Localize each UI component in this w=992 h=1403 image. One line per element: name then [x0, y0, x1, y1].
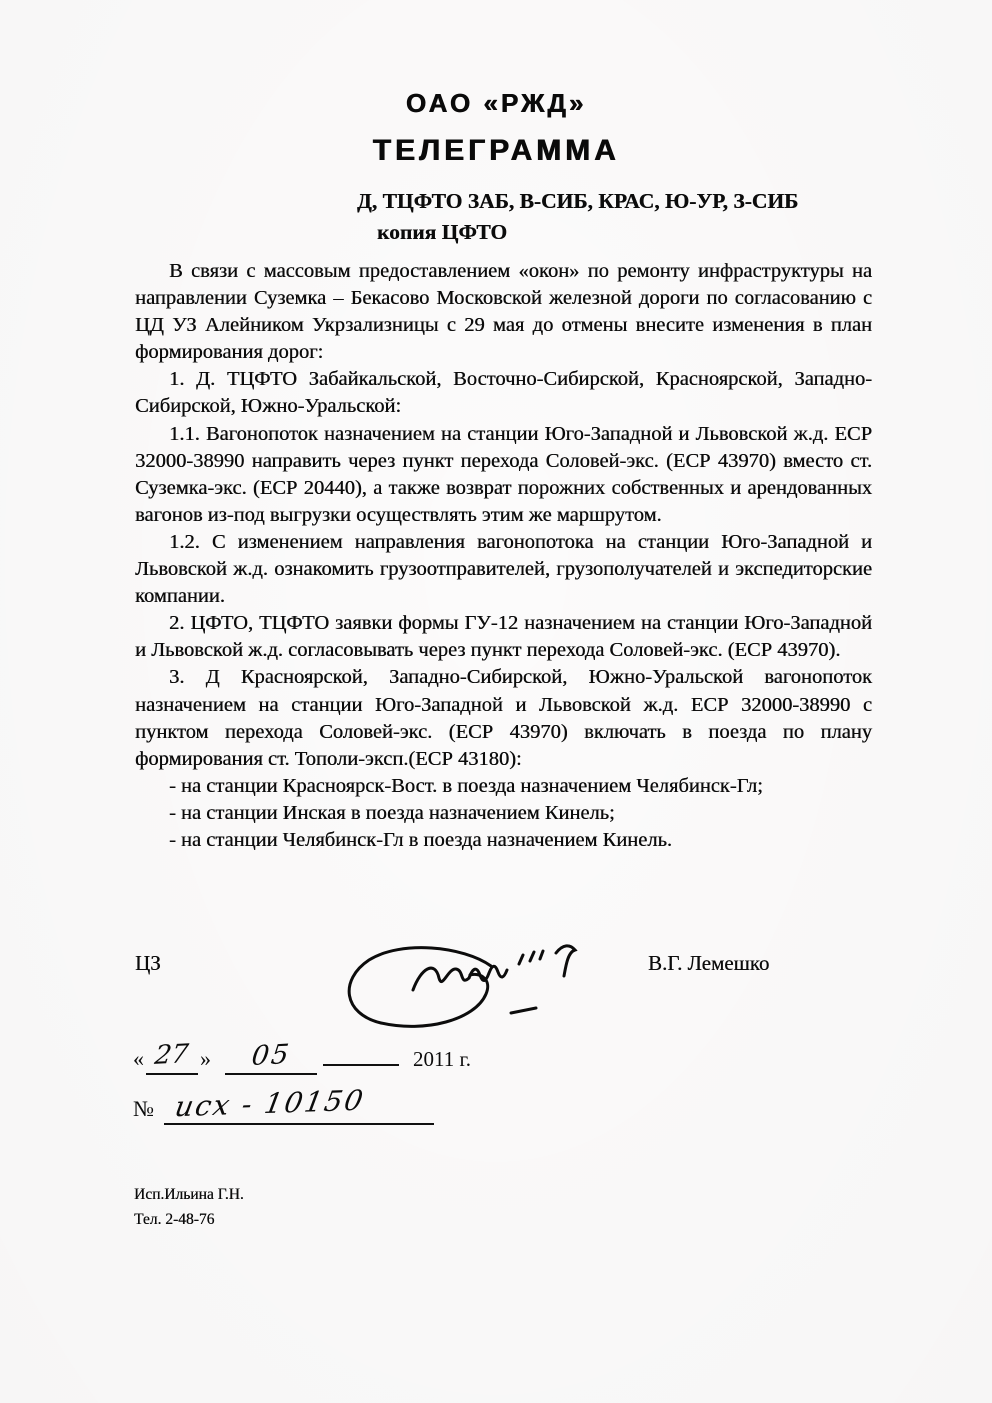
open-quote: «	[133, 1046, 144, 1071]
addressee-block: Д, ТЦФТО ЗАБ, В-СИБ, КРАС, Ю-УР, З-СИБ к…	[357, 186, 798, 248]
addressee-copy-line: копия ЦФТО	[357, 217, 798, 248]
org-title: ОАО «РЖД»	[0, 88, 992, 119]
doc-type-title: ТЕЛЕГРАММА	[0, 134, 992, 168]
body-paragraph: 1. Д. ТЦФТО Забайкальской, Восточно-Сиби…	[135, 366, 872, 420]
handwritten-day: 27	[153, 1039, 190, 1071]
bullet-line: - на станции Челябинск-Гл в поезда назна…	[135, 827, 872, 854]
handwritten-signature-icon	[318, 928, 608, 1028]
telegram-body: В связи с массовым предоставлением «окон…	[135, 258, 872, 854]
number-label: №	[133, 1096, 154, 1121]
handwritten-month: 05	[250, 1039, 292, 1072]
date-blank-slot	[323, 1064, 399, 1066]
executor-phone: Тел. 2-48-76	[134, 1207, 244, 1232]
date-line: «27»052011 г.	[133, 1042, 471, 1075]
bullet-line: - на станции Инская в поезда назначением…	[135, 800, 872, 827]
document-number-line: №исх - 10150	[133, 1090, 434, 1125]
date-day-slot: 27	[146, 1043, 198, 1075]
executor-info: Исп.Ильина Г.Н. Тел. 2-48-76	[134, 1182, 244, 1232]
close-quote: »	[200, 1046, 211, 1071]
date-year: 2011 г.	[413, 1047, 471, 1071]
telegram-document-page: ОАО «РЖД» ТЕЛЕГРАММА Д, ТЦФТО ЗАБ, В-СИБ…	[0, 0, 992, 1403]
bullet-line: - на станции Красноярск-Вост. в поезда н…	[135, 773, 872, 800]
body-paragraph: 2. ЦФТО, ТЦФТО заявки формы ГУ-12 назнач…	[135, 610, 872, 664]
executor-name: Исп.Ильина Г.Н.	[134, 1182, 244, 1207]
body-paragraph: 1.1. Вагонопоток назначением на станции …	[135, 421, 872, 529]
body-paragraph: 1.2. С изменением направления вагонопото…	[135, 529, 872, 610]
signature-position-label: ЦЗ	[135, 951, 161, 976]
handwritten-number: исх - 10150	[172, 1084, 367, 1124]
signer-name: В.Г. Лемешко	[648, 951, 769, 976]
body-paragraph: 3. Д Красноярской, Западно-Сибирской, Юж…	[135, 664, 872, 772]
number-slot: исх - 10150	[164, 1090, 434, 1125]
date-month-slot: 05	[225, 1042, 317, 1075]
addressee-line: Д, ТЦФТО ЗАБ, В-СИБ, КРАС, Ю-УР, З-СИБ	[357, 186, 798, 217]
body-paragraph: В связи с массовым предоставлением «окон…	[135, 258, 872, 366]
